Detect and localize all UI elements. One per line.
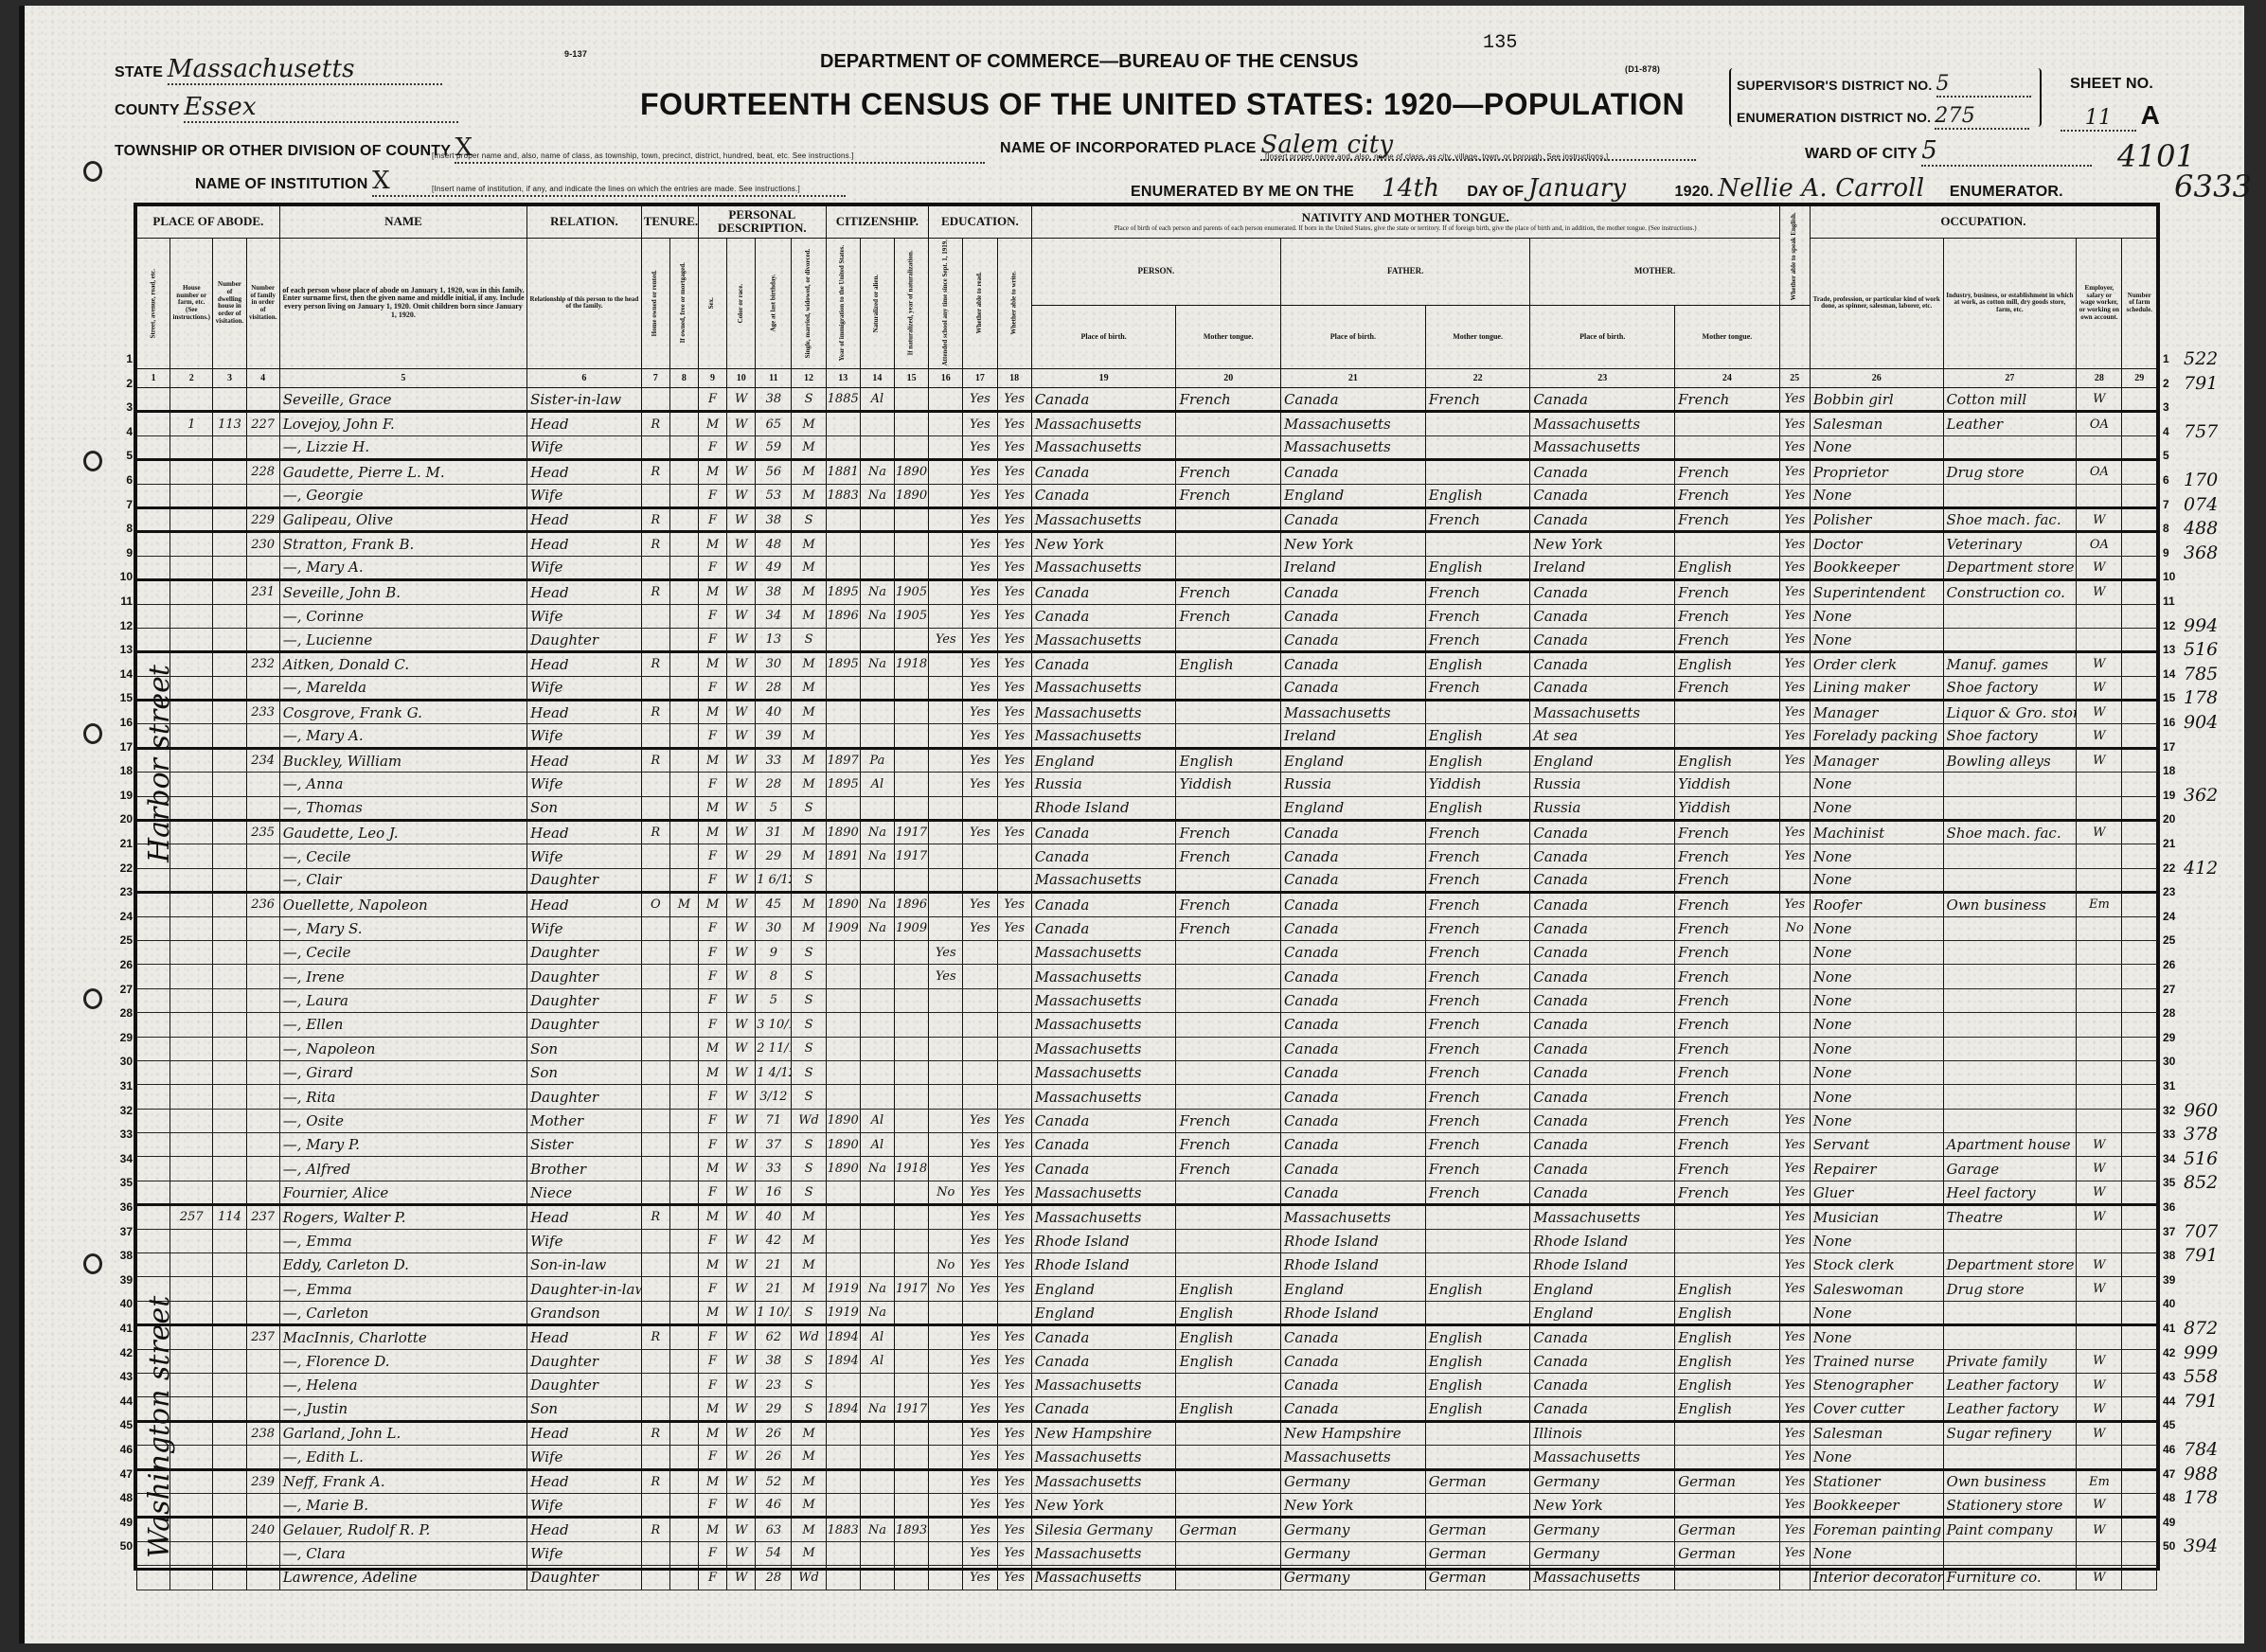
- cell-school: [929, 988, 963, 1012]
- cell-read: [963, 1060, 997, 1084]
- cell-dwelling: [213, 652, 246, 676]
- line-number-right: 23: [2163, 885, 2175, 898]
- line-number-left: 50: [116, 1539, 133, 1553]
- cell-trade: Doctor: [1810, 532, 1943, 556]
- cell-family: [246, 1133, 279, 1157]
- cell-tongue: French: [1176, 387, 1281, 411]
- cell-age: 38: [756, 387, 792, 411]
- line-number-left: 27: [116, 983, 133, 996]
- cell-m-tongue: French: [1675, 507, 1780, 531]
- cell-age: 48: [756, 532, 792, 556]
- cell-english: [1779, 1566, 1810, 1590]
- cell-relation: Head: [527, 1205, 642, 1229]
- cell-mortgage: [669, 580, 698, 604]
- cell-owned: R: [641, 1421, 669, 1445]
- occupation-code: 362: [2184, 785, 2218, 806]
- cell-age: 13: [756, 628, 792, 651]
- cell-f-tongue: [1425, 460, 1530, 484]
- enumerated-day: 14th: [1359, 174, 1463, 204]
- line-number-left: 14: [116, 667, 133, 681]
- cell-m-pob: Canada: [1530, 1325, 1675, 1349]
- line-number-right: 29: [2163, 1031, 2175, 1044]
- cell-m-tongue: French: [1675, 604, 1780, 628]
- cell-english: Yes: [1779, 1397, 1810, 1421]
- cell-relation: Son: [527, 1397, 642, 1421]
- line-number-left: 44: [116, 1394, 133, 1408]
- cell-m-pob: Canada: [1530, 484, 1675, 507]
- incorporated-label: NAME OF INCORPORATED PLACE: [1000, 140, 1257, 156]
- cell-nat: [860, 556, 894, 579]
- cell-marital: M: [792, 1469, 826, 1493]
- cell-mortgage: [669, 821, 698, 844]
- cell-natyear: [894, 1349, 928, 1373]
- cell-m-tongue: Yiddish: [1675, 773, 1780, 796]
- cell-m-tongue: [1675, 532, 1780, 556]
- cell-relation: Son-in-law: [527, 1253, 642, 1277]
- cell-sex: F: [698, 724, 726, 748]
- cell-farm: [2122, 507, 2157, 531]
- line-number-left: 43: [116, 1370, 133, 1383]
- cell-street: [137, 1205, 170, 1229]
- cell-trade: Proprietor: [1810, 460, 1943, 484]
- occupation-code: 791: [2184, 1245, 2218, 1266]
- line-number-left: 37: [116, 1225, 133, 1238]
- cell-class: Em: [2077, 1469, 2122, 1493]
- column-number: 11: [756, 368, 792, 387]
- cell-f-pob: Canada: [1281, 988, 1426, 1012]
- cell-house: [170, 1181, 213, 1204]
- cell-school: Yes: [929, 940, 963, 964]
- cell-read: [963, 868, 997, 892]
- cell-owned: O: [641, 893, 669, 916]
- table-row: —, AlfredBrotherMW33S1890Na1918YesYesCan…: [137, 1157, 2157, 1181]
- cell-m-pob: England: [1530, 1277, 1675, 1301]
- cell-english: [1779, 1013, 1810, 1037]
- occupation-code: 791: [2184, 373, 2218, 394]
- cell-tongue: [1176, 556, 1281, 579]
- cell-pob: Rhode Island: [1031, 1229, 1176, 1252]
- cell-immig: 1890: [826, 1109, 860, 1132]
- cell-write: [997, 1301, 1031, 1324]
- cell-class: [2077, 916, 2122, 940]
- group-header-nativity: NATIVITY AND MOTHER TONGUE. Place of bir…: [1031, 206, 1779, 239]
- cell-english: Yes: [1779, 1253, 1810, 1277]
- line-number-left: 21: [116, 837, 133, 850]
- cell-trade: Cover cutter: [1810, 1397, 1943, 1421]
- cell-tongue: [1176, 1446, 1281, 1469]
- cell-race: W: [727, 387, 756, 411]
- cell-age: 62: [756, 1325, 792, 1349]
- cell-pob: Canada: [1031, 652, 1176, 676]
- cell-f-tongue: [1425, 1229, 1530, 1252]
- cell-sex: M: [698, 532, 726, 556]
- line-number-left: 6: [116, 473, 133, 487]
- cell-name: —, Mary P.: [279, 1133, 526, 1157]
- cell-age: 65: [756, 412, 792, 435]
- cell-family: [246, 1493, 279, 1517]
- cell-dwelling: [213, 1037, 246, 1060]
- cell-f-pob: Canada: [1281, 387, 1426, 411]
- column-number: 5: [279, 368, 526, 387]
- column-number: 10: [727, 368, 756, 387]
- cell-farm: [2122, 1374, 2157, 1397]
- cell-english: [1779, 1085, 1810, 1109]
- cell-read: Yes: [963, 1493, 997, 1517]
- cell-tongue: French: [1176, 484, 1281, 507]
- cell-marital: S: [792, 940, 826, 964]
- cell-house: [170, 1493, 213, 1517]
- cell-name: —, Justin: [279, 1397, 526, 1421]
- cell-english: Yes: [1779, 893, 1810, 916]
- line-number-right: 44: [2163, 1394, 2175, 1408]
- cell-natyear: 1918: [894, 1157, 928, 1181]
- column-number: 2: [170, 368, 213, 387]
- cell-owned: [641, 1493, 669, 1517]
- cell-farm: [2122, 773, 2157, 796]
- cell-mortgage: [669, 773, 698, 796]
- cell-f-pob: Canada: [1281, 916, 1426, 940]
- line-number-right: 10: [2163, 570, 2175, 583]
- cell-dwelling: [213, 484, 246, 507]
- cell-mortgage: [669, 1229, 698, 1252]
- cell-tongue: English: [1176, 1277, 1281, 1301]
- cell-farm: [2122, 868, 2157, 892]
- cell-class: [2077, 1446, 2122, 1469]
- cell-family: [246, 435, 279, 459]
- cell-nat: [860, 1469, 894, 1493]
- cell-immig: 1919: [826, 1301, 860, 1324]
- cell-write: Yes: [997, 1566, 1031, 1590]
- cell-english: [1779, 1301, 1810, 1324]
- line-number-left: 40: [116, 1297, 133, 1310]
- cell-pob: Massachusetts: [1031, 868, 1176, 892]
- cell-tongue: [1176, 1493, 1281, 1517]
- cell-pob: Canada: [1031, 1325, 1176, 1349]
- cell-farm: [2122, 1181, 2157, 1204]
- line-number-left: 9: [116, 546, 133, 560]
- cell-class: W: [2077, 1157, 2122, 1181]
- column-number: 3: [213, 368, 246, 387]
- cell-sex: F: [698, 1446, 726, 1469]
- cell-relation: Daughter: [527, 1013, 642, 1037]
- cell-class: W: [2077, 821, 2122, 844]
- cell-sex: F: [698, 916, 726, 940]
- cell-m-tongue: [1675, 1566, 1780, 1590]
- cell-family: 235: [246, 821, 279, 844]
- occupation-code: 170: [2184, 470, 2218, 490]
- enumerated-label: ENUMERATED BY ME ON THE: [1131, 184, 1354, 200]
- line-number-right: 6: [2163, 473, 2169, 487]
- cell-m-pob: New York: [1530, 532, 1675, 556]
- cell-mortgage: [669, 1374, 698, 1397]
- line-number-right: 16: [2163, 716, 2175, 729]
- cell-class: W: [2077, 580, 2122, 604]
- cell-f-tongue: [1425, 1301, 1530, 1324]
- column-number-row: 1234567891011121314151617181920212223242…: [137, 368, 2157, 387]
- cell-m-pob: Massachusetts: [1530, 1446, 1675, 1469]
- cell-nat: Na: [860, 652, 894, 676]
- cell-tongue: French: [1176, 460, 1281, 484]
- header-sex: Sex.: [698, 238, 726, 368]
- cell-name: —, Girard: [279, 1060, 526, 1084]
- cell-owned: [641, 1157, 669, 1181]
- cell-class: W: [2077, 1374, 2122, 1397]
- census-table: PLACE OF ABODE. NAME RELATION. TENURE. P…: [136, 205, 2157, 1590]
- cell-class: [2077, 988, 2122, 1012]
- cell-f-tongue: French: [1425, 940, 1530, 964]
- cell-owned: [641, 1133, 669, 1157]
- cell-house: [170, 1469, 213, 1493]
- cell-natyear: [894, 1037, 928, 1060]
- cell-marital: M: [792, 1518, 826, 1541]
- cell-pob: Canada: [1031, 893, 1176, 916]
- cell-trade: None: [1810, 773, 1943, 796]
- cell-mortgage: [669, 868, 698, 892]
- cell-school: [929, 387, 963, 411]
- line-number-left: 19: [116, 789, 133, 802]
- column-number: 12: [792, 368, 826, 387]
- cell-trade: None: [1810, 965, 1943, 988]
- cell-dwelling: [213, 1421, 246, 1445]
- cell-class: [2077, 965, 2122, 988]
- cell-pob: Canada: [1031, 604, 1176, 628]
- cell-write: Yes: [997, 1518, 1031, 1541]
- incorporated-note: [Insert proper name and, also, name of c…: [1265, 152, 1608, 161]
- cell-natyear: [894, 628, 928, 651]
- cell-dwelling: [213, 965, 246, 988]
- cell-read: Yes: [963, 773, 997, 796]
- cell-trade: Stock clerk: [1810, 1253, 1943, 1277]
- line-number-right: 38: [2163, 1249, 2175, 1262]
- cell-f-tongue: English: [1425, 484, 1530, 507]
- cell-english: Yes: [1779, 460, 1810, 484]
- cell-street: [137, 1013, 170, 1037]
- cell-read: Yes: [963, 1518, 997, 1541]
- line-number-left: 34: [116, 1152, 133, 1165]
- cell-family: [246, 868, 279, 892]
- cell-industry: Department store: [1943, 1253, 2077, 1277]
- cell-trade: Servant: [1810, 1133, 1943, 1157]
- column-number: 9: [698, 368, 726, 387]
- cell-street: [137, 484, 170, 507]
- cell-read: Yes: [963, 556, 997, 579]
- cell-relation: Head: [527, 821, 642, 844]
- line-number-right: 8: [2163, 522, 2169, 535]
- cell-farm: [2122, 1013, 2157, 1037]
- cell-age: 71: [756, 1109, 792, 1132]
- cell-sex: F: [698, 1109, 726, 1132]
- column-number: 20: [1176, 368, 1281, 387]
- cell-house: [170, 1037, 213, 1060]
- cell-sex: F: [698, 1493, 726, 1517]
- cell-school: [929, 1374, 963, 1397]
- cell-marital: M: [792, 724, 826, 748]
- cell-pob: Massachusetts: [1031, 676, 1176, 700]
- cell-dwelling: [213, 556, 246, 579]
- cell-age: 63: [756, 1518, 792, 1541]
- cell-school: Yes: [929, 628, 963, 651]
- occupation-code: 516: [2184, 639, 2218, 660]
- cell-nat: [860, 1205, 894, 1229]
- cell-natyear: 1909: [894, 916, 928, 940]
- cell-school: [929, 1566, 963, 1590]
- header-marital: Single, married, widowed, or divorced.: [792, 238, 826, 368]
- cell-class: Em: [2077, 893, 2122, 916]
- table-row: —, Mary S.WifeFW30M1909Na1909YesYesCanad…: [137, 916, 2157, 940]
- cell-m-pob: Massachusetts: [1530, 412, 1675, 435]
- cell-relation: Head: [527, 701, 642, 724]
- cell-nat: Na: [860, 1518, 894, 1541]
- cell-school: [929, 1493, 963, 1517]
- table-row: 232Aitken, Donald C.HeadRMW30M1895Na1918…: [137, 652, 2157, 676]
- cell-tongue: [1176, 1060, 1281, 1084]
- cell-m-tongue: French: [1675, 628, 1780, 651]
- cell-industry: Bowling alleys: [1943, 748, 2077, 772]
- cell-f-tongue: English: [1425, 1397, 1530, 1421]
- line-number-right: 26: [2163, 958, 2175, 971]
- cell-name: —, Corinne: [279, 604, 526, 628]
- cell-industry: [1943, 1541, 2077, 1565]
- cell-name: —, Laura: [279, 988, 526, 1012]
- cell-m-tongue: [1675, 701, 1780, 724]
- header-house: House number or farm, etc. (See instruct…: [170, 238, 213, 368]
- cell-f-pob: Rhode Island: [1281, 1253, 1426, 1277]
- line-number-left: 47: [116, 1467, 133, 1481]
- header-mother-birthplace: Place of birth.: [1530, 306, 1675, 369]
- line-number-right: 43: [2163, 1370, 2175, 1383]
- cell-write: Yes: [997, 676, 1031, 700]
- line-number-right: 22: [2163, 862, 2175, 875]
- cell-nat: [860, 701, 894, 724]
- cell-dwelling: 114: [213, 1205, 246, 1229]
- cell-sex: F: [698, 1349, 726, 1373]
- cell-tongue: [1176, 940, 1281, 964]
- line-number-right: 33: [2163, 1128, 2175, 1141]
- cell-nat: Al: [860, 1325, 894, 1349]
- cell-marital: M: [792, 916, 826, 940]
- cell-tongue: French: [1176, 1109, 1281, 1132]
- cell-f-tongue: French: [1425, 916, 1530, 940]
- cell-sex: M: [698, 1253, 726, 1277]
- cell-relation: Head: [527, 1421, 642, 1445]
- group-header-occupation: OCCUPATION.: [1810, 206, 2156, 239]
- cell-family: [246, 676, 279, 700]
- occupation-code: 368: [2184, 542, 2218, 563]
- cell-mortgage: [669, 628, 698, 651]
- cell-pob: Canada: [1031, 1109, 1176, 1132]
- cell-m-tongue: [1675, 1253, 1780, 1277]
- cell-school: [929, 460, 963, 484]
- cell-owned: [641, 628, 669, 651]
- cell-nat: [860, 1541, 894, 1565]
- cell-class: W: [2077, 1518, 2122, 1541]
- cell-school: [929, 1085, 963, 1109]
- cell-race: W: [727, 1157, 756, 1181]
- cell-school: [929, 773, 963, 796]
- cell-name: —, Emma: [279, 1229, 526, 1252]
- cell-write: [997, 965, 1031, 988]
- cell-f-tongue: [1425, 532, 1530, 556]
- line-number-left: 46: [116, 1443, 133, 1456]
- cell-sex: M: [698, 1205, 726, 1229]
- cell-write: Yes: [997, 1541, 1031, 1565]
- cell-family: 231: [246, 580, 279, 604]
- cell-marital: S: [792, 1037, 826, 1060]
- cell-english: Yes: [1779, 435, 1810, 459]
- cell-marital: S: [792, 796, 826, 820]
- cell-name: Gelauer, Rudolf R. P.: [279, 1518, 526, 1541]
- cell-farm: [2122, 1037, 2157, 1060]
- cell-race: W: [727, 701, 756, 724]
- cell-sex: F: [698, 1085, 726, 1109]
- cell-race: W: [727, 1541, 756, 1565]
- cell-read: Yes: [963, 1253, 997, 1277]
- cell-industry: [1943, 1446, 2077, 1469]
- cell-read: Yes: [963, 748, 997, 772]
- cell-f-tongue: English: [1425, 748, 1530, 772]
- cell-class: [2077, 844, 2122, 868]
- cell-name: Aitken, Donald C.: [279, 652, 526, 676]
- cell-class: [2077, 773, 2122, 796]
- cell-write: Yes: [997, 893, 1031, 916]
- cell-f-pob: England: [1281, 1277, 1426, 1301]
- cell-tongue: [1176, 988, 1281, 1012]
- cell-f-pob: Massachusetts: [1281, 435, 1426, 459]
- cell-write: [997, 1037, 1031, 1060]
- cell-immig: 1894: [826, 1349, 860, 1373]
- cell-trade: Interior decorator: [1810, 1566, 1943, 1590]
- cell-class: W: [2077, 1277, 2122, 1301]
- cell-school: [929, 556, 963, 579]
- institution-label: NAME OF INSTITUTION: [195, 176, 367, 192]
- cell-farm: [2122, 1085, 2157, 1109]
- street-name-washington: Washington street: [143, 1296, 176, 1558]
- cell-english: Yes: [1779, 1325, 1810, 1349]
- cell-sex: M: [698, 460, 726, 484]
- occupation-code: 488: [2184, 518, 2218, 539]
- group-header-tenure: TENURE.: [641, 206, 698, 239]
- cell-family: [246, 1374, 279, 1397]
- cell-f-tongue: [1425, 1421, 1530, 1445]
- cell-age: 2 11/12: [756, 1037, 792, 1060]
- cell-f-tongue: English: [1425, 1325, 1530, 1349]
- cell-house: [170, 965, 213, 988]
- cell-tongue: [1176, 1566, 1281, 1590]
- line-number-left: 42: [116, 1346, 133, 1359]
- cell-write: Yes: [997, 1277, 1031, 1301]
- cell-mortgage: [669, 507, 698, 531]
- cell-relation: Wife: [527, 773, 642, 796]
- cell-m-tongue: French: [1675, 460, 1780, 484]
- header-person-birthplace: Place of birth.: [1031, 306, 1176, 369]
- cell-pob: England: [1031, 1277, 1176, 1301]
- cell-m-tongue: English: [1675, 556, 1780, 579]
- cell-m-pob: Germany: [1530, 1541, 1675, 1565]
- cell-write: Yes: [997, 916, 1031, 940]
- cell-family: [246, 916, 279, 940]
- cell-f-pob: New York: [1281, 532, 1426, 556]
- header-school: Attended school any time since Sept. 1, …: [929, 238, 963, 368]
- cell-dwelling: [213, 868, 246, 892]
- cell-natyear: [894, 988, 928, 1012]
- occupation-code: 852: [2184, 1172, 2218, 1193]
- line-number-right: 12: [2163, 619, 2175, 632]
- cell-english: Yes: [1779, 1109, 1810, 1132]
- header-owned: Home owned or rented.: [641, 238, 669, 368]
- cell-write: Yes: [997, 460, 1031, 484]
- cell-pob: England: [1031, 1301, 1176, 1324]
- cell-m-tongue: French: [1675, 1181, 1780, 1204]
